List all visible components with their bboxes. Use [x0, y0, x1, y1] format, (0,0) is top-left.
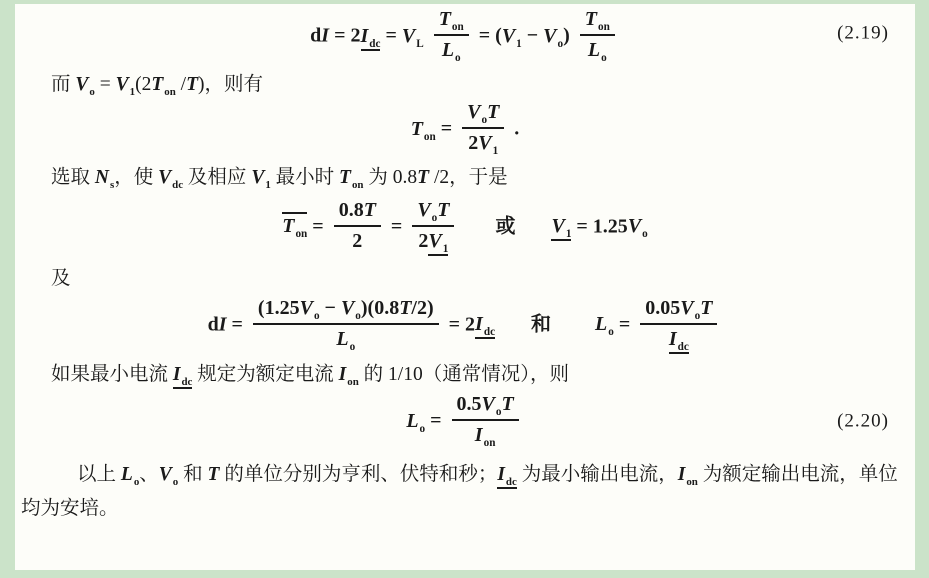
math-variable: V1 [251, 167, 270, 188]
subscript: o [642, 228, 648, 240]
fraction: VoT2V1 [412, 199, 454, 253]
text-run: 为 0.8 [364, 167, 418, 188]
math-variable: V1 [502, 25, 522, 47]
math-group: Idc [497, 464, 517, 489]
text-run: 最小时 [271, 167, 339, 188]
math-group: V1 [551, 215, 571, 241]
eq-di: dI = (1.25Vo − Vo)(0.8T/2)Lo = 2Idc和Lo =… [15, 299, 915, 353]
text-run: (2 [135, 74, 151, 95]
math-variable: T [487, 101, 499, 123]
math-variable: Vdc [158, 167, 183, 188]
math-variable: Idc [173, 364, 193, 385]
text-run: = [444, 313, 465, 335]
math-variable: T [501, 393, 513, 415]
text-run: 为最小输出电流， [517, 464, 678, 485]
subscript: dc [678, 341, 689, 353]
math-variable: Vo [75, 74, 94, 95]
math-variable: T [437, 199, 449, 221]
math-variable: T [417, 167, 429, 188]
eq220: Lo = 0.5VoTIon(2.20) [15, 395, 915, 449]
subscript: o [350, 341, 356, 353]
subscript: on [164, 86, 176, 98]
text-run [424, 25, 429, 47]
text-run: 及相应 [183, 167, 251, 188]
fraction-numerator: 0.05VoT [640, 297, 717, 325]
subscript: 1 [493, 145, 499, 157]
text-run: 以上 [77, 464, 121, 485]
math-variable: Ton [585, 8, 610, 30]
text-run: 的单位分别为亨利、伏特和秒； [219, 464, 497, 485]
text-run: ，使 [114, 167, 158, 188]
text-run: /2) [411, 297, 433, 319]
math-variable: Idc [497, 464, 517, 485]
text-run: )，则有 [198, 74, 263, 95]
text-run: 而 [51, 74, 75, 95]
math-variable: V1 [478, 132, 498, 154]
text-run: /2，于是 [429, 167, 508, 188]
text-run: = 1.25 [571, 215, 627, 237]
text-run: d [208, 313, 219, 335]
math-variable: Ton [411, 118, 436, 140]
text-run: = [436, 118, 457, 140]
math-variable: Ton [339, 167, 363, 188]
math-variable: I [219, 313, 227, 335]
math-variable: Lo [595, 313, 614, 335]
text-run: − [320, 297, 341, 319]
math-variable: T [208, 464, 220, 485]
subscript: on [352, 179, 364, 191]
text-run: )(0.8 [361, 297, 399, 319]
subscript: L [416, 38, 423, 50]
math-variable: Idc [361, 25, 381, 47]
eq-ton: Ton = VoT2V1 . [15, 103, 915, 157]
math-variable: T [700, 297, 712, 319]
subscript: dc [181, 376, 192, 388]
text-run: − [522, 25, 543, 47]
math-variable: Vo [159, 464, 178, 485]
math-group: V1 [428, 230, 448, 256]
math-group: Ton [282, 212, 307, 237]
equation-number: (2.20) [837, 411, 889, 434]
text-run: = [227, 313, 248, 335]
line-ruguo: 如果最小电流 Idc 规定为额定电流 Ion 的 1/10（通常情况），则 [51, 361, 915, 389]
text-run: 2 [351, 25, 361, 47]
math-variable: Vo [417, 199, 437, 221]
fraction-numerator: Ton [434, 8, 469, 36]
fraction: (1.25Vo − Vo)(0.8T/2)Lo [253, 297, 439, 351]
fraction-denominator: Ion [470, 421, 501, 447]
text-run: 的 1/10（通常情况），则 [359, 364, 569, 385]
math-variable: Ton [282, 215, 307, 237]
math-variable: Vo [543, 25, 563, 47]
text-run: = [380, 25, 401, 47]
text-run: 和 [178, 464, 207, 485]
page-content: dI = 2Idc = VL TonLo = (V1 − Vo) TonLo(2… [15, 4, 915, 570]
scanned-page: dI = 2Idc = VL TonLo = (V1 − Vo) TonLo(2… [0, 0, 929, 578]
text-run: = [425, 410, 446, 432]
subscript: on [295, 228, 307, 240]
math-variable: T [399, 297, 411, 319]
text-run: 如果最小电流 [51, 364, 173, 385]
equation-number: (2.19) [837, 23, 889, 46]
math-variable: Lo [588, 39, 607, 61]
math-group: Idc [475, 313, 495, 339]
text-run: . [509, 118, 519, 140]
text-run: 2 [418, 230, 428, 252]
text-run: 0.8 [339, 199, 364, 221]
math-variable: V1 [428, 230, 448, 252]
fraction: TonLo [434, 8, 469, 62]
fraction-numerator: VoT [412, 199, 454, 227]
fraction-numerator: 0.8T [334, 199, 381, 227]
fraction: 0.8T2 [334, 199, 381, 253]
subscript: o [601, 52, 607, 64]
text-run: 规定为额定电流 [192, 364, 338, 385]
subscript: on [484, 437, 496, 449]
fraction-denominator: Lo [437, 36, 466, 62]
fraction-denominator: Lo [583, 36, 612, 62]
math-variable: Ton [151, 74, 175, 95]
fraction-numerator: VoT [462, 101, 504, 129]
subscript: dc [172, 179, 183, 191]
text-run: 2 [468, 132, 478, 154]
fraction: VoT2V1 [462, 101, 504, 155]
text-run: 和 [531, 313, 551, 335]
subscript: on [598, 21, 610, 33]
text-run: ) [563, 25, 575, 47]
line-vo: 而 Vo = V1(2Ton /T)，则有 [51, 71, 915, 99]
math-variable: Ion [475, 424, 496, 446]
eq219: dI = 2Idc = VL TonLo = (V1 − Vo) TonLo(2… [15, 4, 915, 64]
text-run: = [329, 25, 350, 47]
math-variable: Ns [95, 167, 114, 188]
text-run: 2 [465, 313, 475, 335]
math-variable: V1 [551, 215, 571, 237]
subscript: on [452, 21, 464, 33]
text-run: d [310, 25, 321, 47]
text-run: (1.25 [258, 297, 300, 319]
fraction-denominator: Lo [331, 325, 360, 351]
text-run: = [307, 215, 328, 237]
line-xuanqu: 选取 Ns，使 Vdc 及相应 V1 最小时 Ton 为 0.8T /2，于是 [51, 164, 915, 192]
math-variable: VL [402, 25, 424, 47]
math-group: Idc [361, 25, 381, 51]
text-blocks: dI = 2Idc = VL TonLo = (V1 − Vo) TonLo(2… [15, 4, 915, 526]
text-run: 0.5 [457, 393, 482, 415]
text-run: 选取 [51, 167, 95, 188]
math-variable: Lo [336, 328, 355, 350]
fraction-denominator: 2V1 [413, 227, 453, 253]
fraction-denominator: 2 [347, 227, 367, 253]
text-run: = [614, 313, 635, 335]
text-run: = ( [474, 25, 502, 47]
text-run: = [95, 74, 116, 95]
fraction-denominator: 2V1 [463, 129, 503, 155]
text-run: 0.05 [645, 297, 680, 319]
subscript: on [347, 376, 359, 388]
math-group: Idc [669, 328, 689, 354]
math-variable: Lo [121, 464, 139, 485]
text-run: / [176, 74, 186, 95]
text-run: 2 [352, 230, 362, 252]
math-variable: V1 [116, 74, 135, 95]
math-variable: Ion [678, 464, 698, 485]
math-group: Idc [173, 364, 193, 389]
subscript: on [686, 476, 698, 488]
math-variable: I [321, 25, 329, 47]
subscript: dc [484, 326, 495, 338]
math-variable: Ion [339, 364, 359, 385]
math-variable: Ton [439, 8, 464, 30]
eq-tbar: Ton = 0.8T2 = VoT2V1或V1 = 1.25Vo [15, 201, 915, 255]
fraction-denominator: Idc [664, 325, 694, 351]
text-run: 或 [495, 215, 515, 237]
fraction: 0.5VoTIon [452, 393, 519, 447]
subscript: 1 [443, 243, 449, 255]
text-run: = [386, 215, 407, 237]
fraction: 0.05VoTIdc [640, 297, 717, 351]
fraction: TonLo [580, 8, 615, 62]
math-variable: Idc [669, 328, 689, 350]
math-variable: Idc [475, 313, 495, 335]
math-variable: Lo [406, 410, 425, 432]
subscript: dc [369, 38, 380, 50]
math-variable: T [186, 74, 198, 95]
math-variable: Lo [442, 39, 461, 61]
subscript: on [424, 131, 436, 143]
math-variable: Vo [680, 297, 700, 319]
subscript: dc [506, 476, 517, 488]
math-variable: Vo [300, 297, 320, 319]
fraction-numerator: (1.25Vo − Vo)(0.8T/2) [253, 297, 439, 325]
math-variable: Vo [482, 393, 502, 415]
fraction-numerator: 0.5VoT [452, 393, 519, 421]
subscript: o [455, 52, 461, 64]
para-units: 以上 Lo、Vo 和 T 的单位分别为亨利、伏特和秒；Idc 为最小输出电流，I… [21, 458, 913, 526]
math-variable: T [364, 199, 376, 221]
line-ji: 及 [51, 265, 915, 293]
math-variable: Vo [628, 215, 648, 237]
text-run: 及 [51, 268, 71, 289]
math-variable: Vo [341, 297, 361, 319]
text-run: 、 [139, 464, 159, 485]
fraction-numerator: Ton [580, 8, 615, 36]
math-variable: Vo [467, 101, 487, 123]
